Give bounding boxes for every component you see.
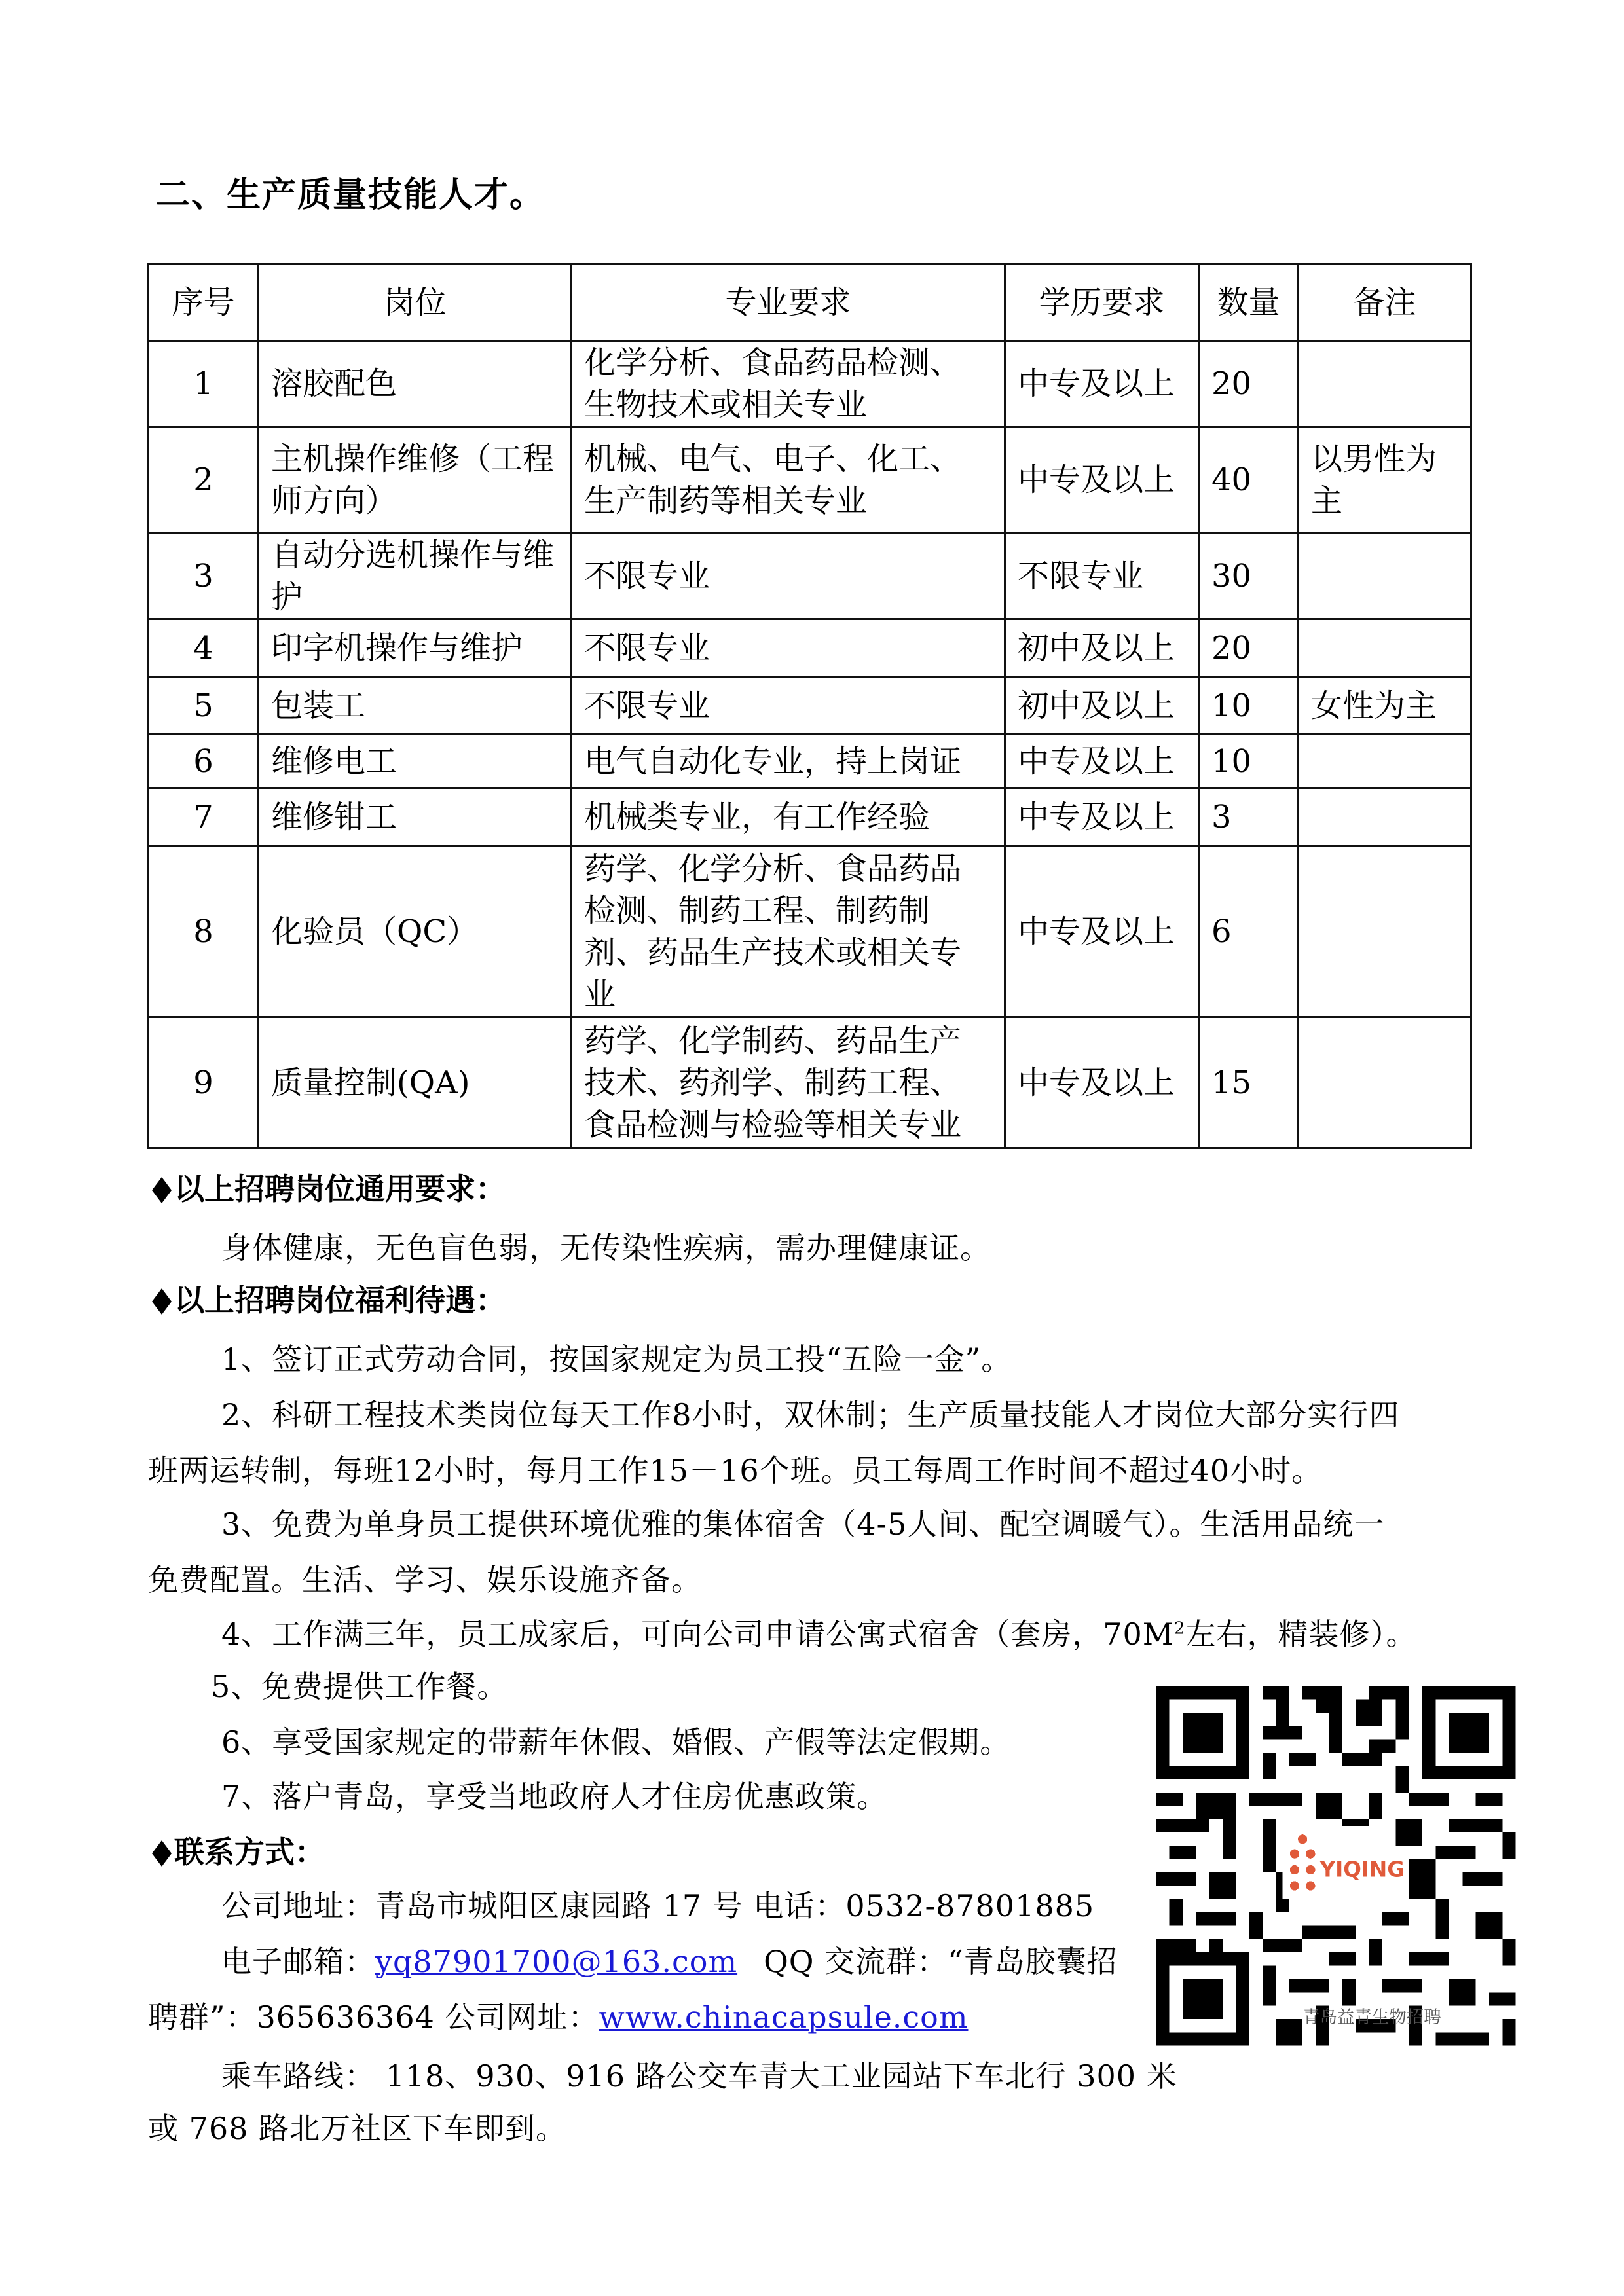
- cell-no: 4: [149, 619, 259, 678]
- diamond-bullet-icon: [152, 1840, 172, 1867]
- superscript-2: 2: [1174, 1619, 1186, 1639]
- table-row: 8 化验员（QC） 药学、化学分析、食品药品检测、制药工程、制药制剂、药品生产技…: [149, 846, 1471, 1017]
- cell-no: 3: [149, 534, 259, 619]
- qr-caption: 青岛益青生物招聘: [1302, 2007, 1441, 2028]
- cell-major: 药学、化学分析、食品药品检测、制药工程、制药制剂、药品生产技术或相关专业: [572, 846, 1005, 1017]
- cell-education: 中专及以上: [1005, 735, 1199, 788]
- cell-note: [1299, 735, 1471, 788]
- benefit-item-2-line1: 2、科研工程技术类岗位每天工作8小时，双休制；生产质量技能人才岗位大部分实行四: [221, 1391, 1400, 1434]
- heading-text: 联系方式：: [174, 1834, 325, 1870]
- cell-note: [1299, 846, 1471, 1017]
- benefit-item-3-line1: 3、免费为单身员工提供环境优雅的集体宿舍（4-5人间、配空调暖气）。生活用品统一: [221, 1501, 1384, 1544]
- cell-major: 药学、化学制药、药品生产技术、药剂学、制药工程、食品检测与检验等相关专业: [572, 1017, 1005, 1148]
- cell-count: 6: [1199, 846, 1299, 1017]
- general-requirements-text: 身体健康，无色盲色弱，无传染性疾病，需办理健康证。: [221, 1224, 991, 1267]
- email-label: 电子邮箱：: [221, 1944, 375, 1979]
- cell-no: 2: [149, 427, 259, 534]
- website-link[interactable]: www.chinacapsule.com: [599, 1999, 969, 2035]
- table-row: 2 主机操作维修（工程师方向） 机械、电气、电子、化工、生产制药等相关专业 中专…: [149, 427, 1471, 534]
- cell-position: 自动分选机操作与维护: [259, 534, 572, 619]
- cell-position: 印字机操作与维护: [259, 619, 572, 678]
- table-row: 9 质量控制(QA) 药学、化学制药、药品生产技术、药剂学、制药工程、食品检测与…: [149, 1017, 1471, 1148]
- cell-major: 不限专业: [572, 678, 1005, 735]
- cell-education: 初中及以上: [1005, 619, 1199, 678]
- section-title: 二、生产质量技能人才。: [156, 167, 545, 216]
- cell-note: 以男性为主: [1299, 427, 1471, 534]
- email-link[interactable]: yq87901700@163.com: [375, 1944, 737, 1979]
- header-education: 学历要求: [1005, 264, 1199, 341]
- cell-major: 不限专业: [572, 534, 1005, 619]
- cell-major: 电气自动化专业，持上岗证: [572, 735, 1005, 788]
- cell-count: 15: [1199, 1017, 1299, 1148]
- qr-code-icon: YIQING 青岛益青生物招聘: [1143, 1669, 1529, 2062]
- cell-count: 40: [1199, 427, 1299, 534]
- contact-address: 公司地址：青岛市城阳区康园路 17 号 电话：0532-87801885: [221, 1882, 1094, 1925]
- table-row: 4 印字机操作与维护 不限专业 初中及以上 20: [149, 619, 1471, 678]
- cell-education: 中专及以上: [1005, 846, 1199, 1017]
- svg-text:YIQING: YIQING: [1319, 1857, 1405, 1882]
- cell-education: 不限专业: [1005, 534, 1199, 619]
- table-row: 6 维修电工 电气自动化专业，持上岗证 中专及以上 10: [149, 735, 1471, 788]
- table-row: 7 维修钳工 机械类专业，有工作经验 中专及以上 3: [149, 788, 1471, 846]
- cell-education: 中专及以上: [1005, 788, 1199, 846]
- benefit-item-4: 4、工作满三年，员工成家后，可向公司申请公寓式宿舍（套房，70M2左右，精装修）…: [221, 1611, 1416, 1654]
- cell-no: 9: [149, 1017, 259, 1148]
- cell-position: 主机操作维修（工程师方向）: [259, 427, 572, 534]
- benefit-item-4-text-end: 左右，精装修）。: [1185, 1616, 1416, 1652]
- benefit-item-3-line2: 免费配置。生活、学习、娱乐设施齐备。: [148, 1556, 702, 1599]
- recruitment-table: 序号 岗位 专业要求 学历要求 数量 备注 1 溶胶配色 化学分析、食品药品检测…: [147, 263, 1472, 1149]
- cell-no: 5: [149, 678, 259, 735]
- cell-position: 化验员（QC）: [259, 846, 572, 1017]
- qq-group-label: QQ 交流群：“青岛胶囊招: [764, 1944, 1118, 1979]
- header-no: 序号: [149, 264, 259, 341]
- cell-note: [1299, 1017, 1471, 1148]
- cell-count: 20: [1199, 341, 1299, 427]
- benefit-item-5: 5、免费提供工作餐。: [211, 1663, 507, 1706]
- cell-position: 维修电工: [259, 735, 572, 788]
- diamond-bullet-icon: [152, 1288, 172, 1315]
- header-count: 数量: [1199, 264, 1299, 341]
- cell-position: 质量控制(QA): [259, 1017, 572, 1148]
- cell-count: 3: [1199, 788, 1299, 846]
- cell-count: 10: [1199, 678, 1299, 735]
- cell-no: 7: [149, 788, 259, 846]
- cell-education: 中专及以上: [1005, 341, 1199, 427]
- bus-route-line1: 乘车路线： 118、930、916 路公交车青大工业园站下车北行 300 米: [221, 2052, 1177, 2096]
- table-row: 1 溶胶配色 化学分析、食品药品检测、生物技术或相关专业 中专及以上 20: [149, 341, 1471, 427]
- qq-group-number: 聘群”：365636364 公司网址：: [148, 1999, 599, 2035]
- table-row: 5 包装工 不限专业 初中及以上 10 女性为主: [149, 678, 1471, 735]
- cell-note: [1299, 788, 1471, 846]
- benefit-item-4-text: 4、工作满三年，员工成家后，可向公司申请公寓式宿舍（套房，70M: [221, 1616, 1174, 1652]
- cell-count: 20: [1199, 619, 1299, 678]
- general-requirements-heading: 以上招聘岗位通用要求：: [152, 1165, 506, 1209]
- cell-education: 中专及以上: [1005, 1017, 1199, 1148]
- cell-no: 1: [149, 341, 259, 427]
- diamond-bullet-icon: [152, 1177, 172, 1203]
- table-row: 3 自动分选机操作与维护 不限专业 不限专业 30: [149, 534, 1471, 619]
- cell-education: 中专及以上: [1005, 427, 1199, 534]
- header-position: 岗位: [259, 264, 572, 341]
- contact-qq-website-line: 聘群”：365636364 公司网址：www.chinacapsule.com: [148, 1994, 968, 2037]
- header-major: 专业要求: [572, 264, 1005, 341]
- cell-position: 包装工: [259, 678, 572, 735]
- cell-note: [1299, 534, 1471, 619]
- table-header-row: 序号 岗位 专业要求 学历要求 数量 备注: [149, 264, 1471, 341]
- heading-text: 以上招聘岗位通用要求：: [174, 1171, 506, 1207]
- cell-education: 初中及以上: [1005, 678, 1199, 735]
- benefits-heading: 以上招聘岗位福利待遇：: [152, 1277, 506, 1320]
- benefit-item-1: 1、签订正式劳动合同，按国家规定为员工投“五险一金”。: [221, 1336, 1012, 1379]
- bus-route-line2: 或 768 路北万社区下车即到。: [148, 2105, 566, 2148]
- qr-code: YIQING 青岛益青生物招聘: [1143, 1669, 1529, 2062]
- cell-position: 维修钳工: [259, 788, 572, 846]
- contact-heading: 联系方式：: [152, 1829, 325, 1872]
- cell-note: [1299, 619, 1471, 678]
- cell-no: 6: [149, 735, 259, 788]
- contact-email-line: 电子邮箱：yq87901700@163.comQQ 交流群：“青岛胶囊招: [221, 1938, 1118, 1981]
- cell-major: 不限专业: [572, 619, 1005, 678]
- cell-major: 机械、电气、电子、化工、生产制药等相关专业: [572, 427, 1005, 534]
- cell-note: [1299, 341, 1471, 427]
- benefit-item-7: 7、落户青岛，享受当地政府人才住房优惠政策。: [221, 1773, 887, 1816]
- cell-note: 女性为主: [1299, 678, 1471, 735]
- benefit-item-6: 6、享受国家规定的带薪年休假、婚假、产假等法定假期。: [221, 1719, 1010, 1762]
- cell-major: 化学分析、食品药品检测、生物技术或相关专业: [572, 341, 1005, 427]
- cell-major: 机械类专业，有工作经验: [572, 788, 1005, 846]
- header-note: 备注: [1299, 264, 1471, 341]
- heading-text: 以上招聘岗位福利待遇：: [174, 1283, 506, 1318]
- cell-count: 30: [1199, 534, 1299, 619]
- cell-position: 溶胶配色: [259, 341, 572, 427]
- cell-no: 8: [149, 846, 259, 1017]
- cell-count: 10: [1199, 735, 1299, 788]
- benefit-item-2-line2: 班两运转制，每班12小时，每月工作15－16个班。员工每周工作时间不超过40小时…: [148, 1447, 1322, 1490]
